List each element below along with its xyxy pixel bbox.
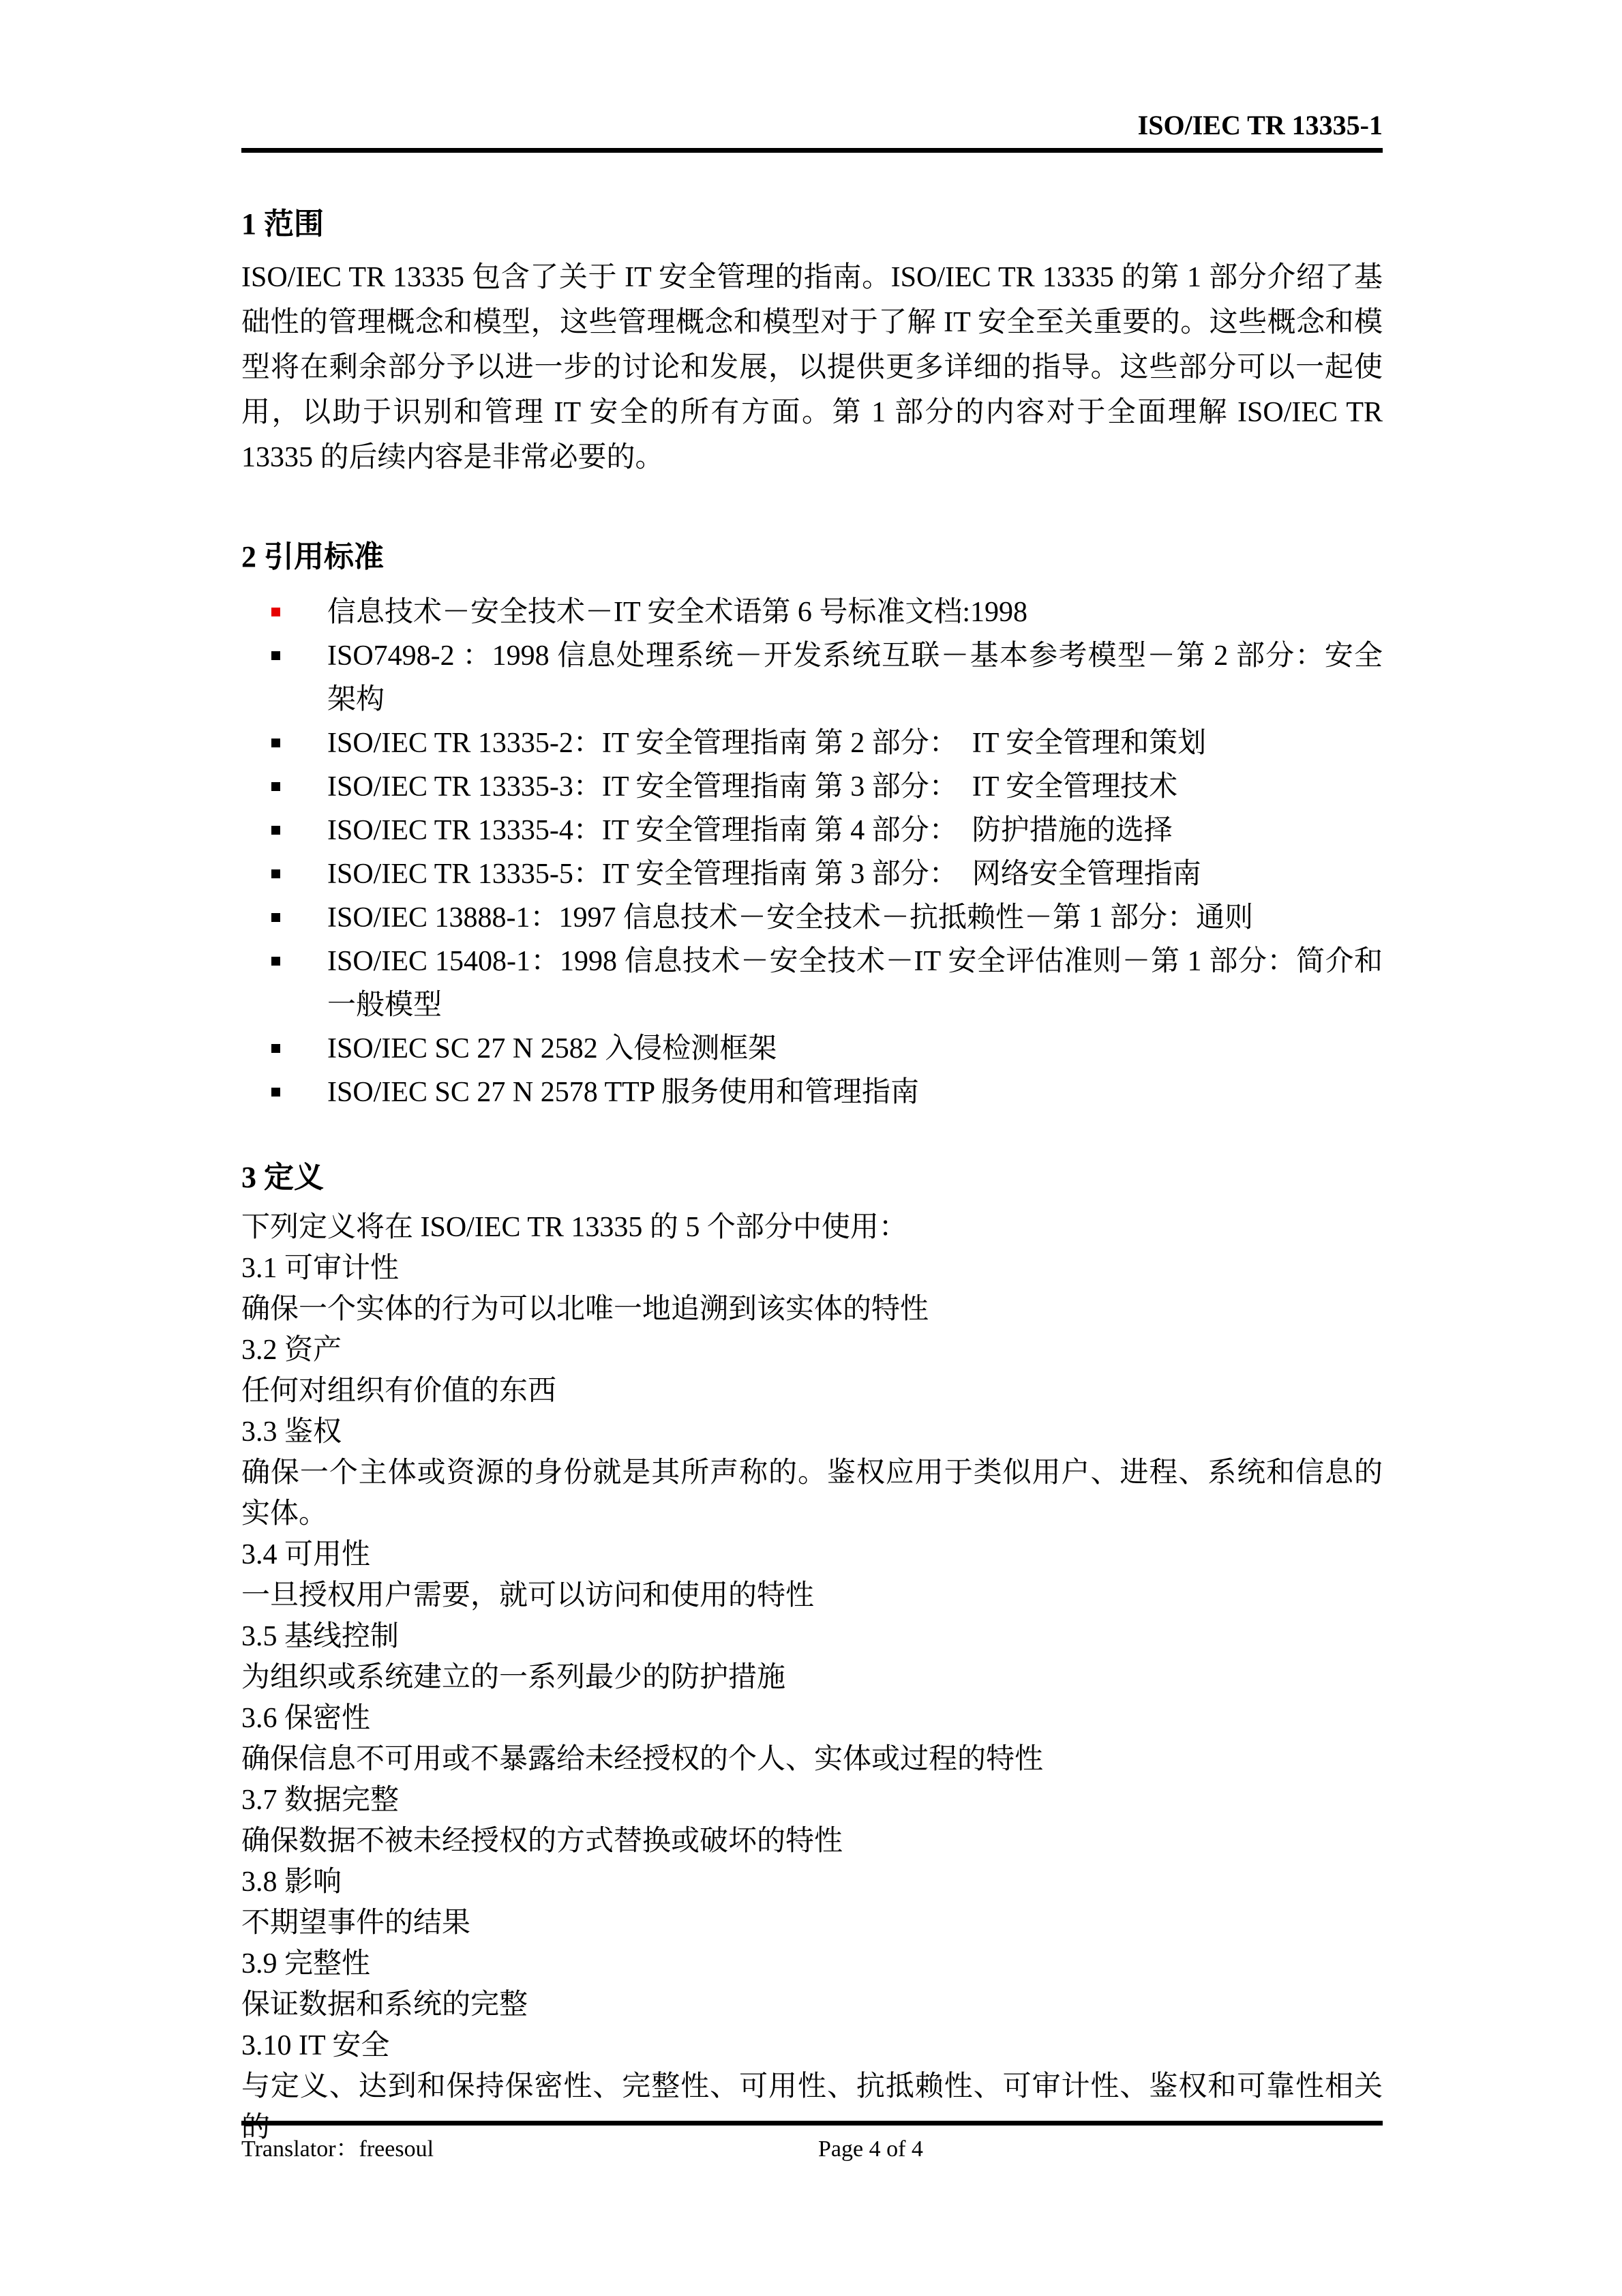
definition-desc: 确保数据不被未经授权的方式替换或破坏的特性 [241, 1821, 1383, 1862]
definition-term: 3.8 影响 [241, 1862, 1383, 1903]
reference-text: 信息技术－安全技术－IT 安全术语第 6 号标准文档:1998 [327, 597, 1027, 628]
definition-desc: 保证数据和系统的完整 [241, 1984, 1383, 2025]
list-item: ISO7498-2 ：1998 信息处理系统－开发系统互联－基本参考模型－第 2… [241, 634, 1383, 721]
page-number: Page 4 of 4 [818, 2135, 923, 2164]
reference-text: ISO/IEC TR 13335-3：IT 安全管理指南 第 3 部分： IT … [327, 771, 1177, 803]
list-item: ISO/IEC SC 27 N 2582 入侵检测框架 [241, 1027, 1383, 1071]
bullet-marker [271, 651, 280, 660]
reference-text: ISO/IEC TR 13335-4：IT 安全管理指南 第 4 部分： 防护措… [327, 815, 1173, 846]
bullet-marker [271, 913, 280, 922]
bullet-marker-red [271, 608, 280, 616]
bullet-marker [271, 957, 280, 966]
definition-desc: 确保信息不可用或不暴露给未经授权的个人、实体或过程的特性 [241, 1739, 1383, 1780]
page-content: ISO/IEC TR 13335-1 1 范围 ISO/IEC TR 13335… [241, 109, 1383, 2148]
definition-term: 3.2 资产 [241, 1330, 1383, 1371]
definition-desc: 不期望事件的结果 [241, 1903, 1383, 1943]
list-item: ISO/IEC 13888-1：1997 信息技术－安全技术－抗抵赖性－第 1 … [241, 896, 1383, 940]
bullet-marker [271, 1044, 280, 1053]
header-rule [241, 148, 1383, 153]
footer-rule [241, 2121, 1383, 2126]
definition-term: 3.1 可审计性 [241, 1248, 1383, 1289]
page-title: ISO/IEC TR 13335-1 [241, 109, 1383, 142]
reference-text: ISO/IEC SC 27 N 2582 入侵检测框架 [327, 1033, 777, 1064]
definition-list: 下列定义将在 ISO/IEC TR 13335 的 5 个部分中使用： 3.1 … [241, 1207, 1383, 2148]
reference-text: ISO/IEC SC 27 N 2578 TTP 服务使用和管理指南 [327, 1077, 919, 1108]
definition-term: 3.9 完整性 [241, 1943, 1383, 1984]
section-heading-scope: 1 范围 [241, 206, 1383, 243]
list-item: ISO/IEC TR 13335-5：IT 安全管理指南 第 3 部分： 网络安… [241, 852, 1383, 896]
definition-term: 3.6 保密性 [241, 1698, 1383, 1739]
reference-text: ISO/IEC 15408-1：1998 信息技术－安全技术－IT 安全评估准则… [327, 946, 1383, 1021]
translator-credit: Translator：freesoul [241, 2135, 434, 2164]
list-item: ISO/IEC TR 13335-2：IT 安全管理指南 第 2 部分： IT … [241, 721, 1383, 765]
document-page: ISO/IEC TR 13335-1 1 范围 ISO/IEC TR 13335… [0, 0, 1622, 2296]
reference-text: ISO7498-2 ：1998 信息处理系统－开发系统互联－基本参考模型－第 2… [327, 640, 1383, 715]
list-item: ISO/IEC TR 13335-3：IT 安全管理指南 第 3 部分： IT … [241, 765, 1383, 809]
section-heading-references: 2 引用标准 [241, 539, 1383, 576]
definition-desc: 确保一个实体的行为可以北唯一地追溯到该实体的特性 [241, 1289, 1383, 1330]
definition-term: 3.3 鉴权 [241, 1412, 1383, 1452]
definition-desc: 确保一个主体或资源的身份就是其所声称的。鉴权应用于类似用户、进程、系统和信息的实… [241, 1452, 1383, 1534]
footer-row: Translator：freesoul Page 4 of 4 [241, 2135, 1383, 2164]
definition-term: 3.5 基线控制 [241, 1616, 1383, 1657]
section-heading-definitions: 3 定义 [241, 1159, 1383, 1196]
definition-desc: 为组织或系统建立的一系列最少的防护措施 [241, 1657, 1383, 1698]
bullet-marker [271, 782, 280, 791]
reference-text: ISO/IEC TR 13335-5：IT 安全管理指南 第 3 部分： 网络安… [327, 859, 1201, 890]
bullet-marker [271, 826, 280, 835]
definition-desc: 一旦授权用户需要，就可以访问和使用的特性 [241, 1575, 1383, 1616]
reference-list: 信息技术－安全技术－IT 安全术语第 6 号标准文档:1998 ISO7498-… [241, 591, 1383, 1114]
list-item: 信息技术－安全技术－IT 安全术语第 6 号标准文档:1998 [241, 591, 1383, 634]
list-item: ISO/IEC TR 13335-4：IT 安全管理指南 第 4 部分： 防护措… [241, 809, 1383, 852]
bullet-marker [271, 869, 280, 878]
definitions-intro: 下列定义将在 ISO/IEC TR 13335 的 5 个部分中使用： [241, 1207, 1383, 1248]
scope-paragraph: ISO/IEC TR 13335 包含了关于 IT 安全管理的指南。ISO/IE… [241, 255, 1383, 480]
definition-term: 3.10 IT 安全 [241, 2025, 1383, 2066]
definition-term: 3.4 可用性 [241, 1534, 1383, 1575]
list-item: ISO/IEC SC 27 N 2578 TTP 服务使用和管理指南 [241, 1071, 1383, 1114]
definition-desc: 任何对组织有价值的东西 [241, 1371, 1383, 1412]
reference-text: ISO/IEC TR 13335-2：IT 安全管理指南 第 2 部分： IT … [327, 728, 1206, 759]
page-footer: Translator：freesoul Page 4 of 4 [241, 2121, 1383, 2164]
definition-term: 3.7 数据完整 [241, 1780, 1383, 1821]
reference-text: ISO/IEC 13888-1：1997 信息技术－安全技术－抗抵赖性－第 1 … [327, 902, 1253, 934]
list-item: ISO/IEC 15408-1：1998 信息技术－安全技术－IT 安全评估准则… [241, 940, 1383, 1027]
bullet-marker [271, 739, 280, 747]
bullet-marker [271, 1088, 280, 1097]
